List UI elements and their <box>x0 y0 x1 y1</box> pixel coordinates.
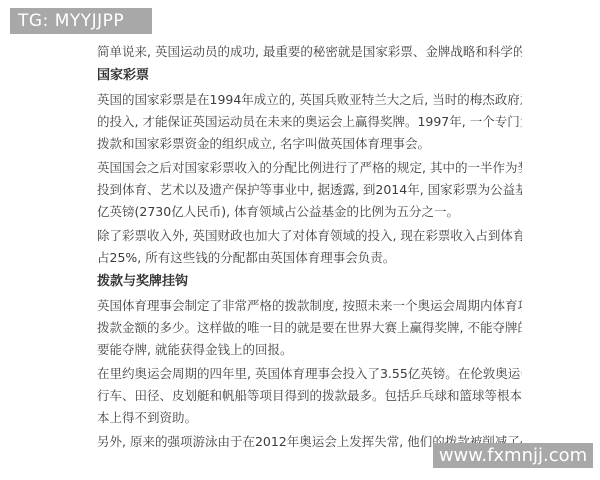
top-watermark: TG: MYYJJPP <box>10 8 152 34</box>
text-line: 拨款金额的多少。这样做的唯一目的就是要在世界大赛上赢得奖牌, 不能夺牌的项目就要… <box>97 317 522 339</box>
text-line: 本上得不到资助。 <box>97 407 522 429</box>
text-line: 拨款和国家彩票资金的组织成立, 名字叫做英国体育理事会。 <box>97 133 522 155</box>
text-line: 英国的国家彩票是在1994年成立的, 英国兵败亚特兰大之后, 当时的梅杰政府意识… <box>97 89 522 111</box>
text-line: 占25%, 所有这些钱的分配都由英国体育理事会负责。 <box>97 247 522 269</box>
text-line: 英国体育理事会制定了非常严格的拨款制度, 按照未来一个奥运会周期内体育项目夺牌的… <box>97 295 522 317</box>
article-body: 简单说来, 英国运动员的成功, 最重要的秘密就是国家彩票、金牌战略和科学的训练方… <box>97 41 522 455</box>
article-paragraph: 简单说来, 英国运动员的成功, 最重要的秘密就是国家彩票、金牌战略和科学的训练方… <box>97 41 522 63</box>
article-paragraph: 在里约奥运会周期的四年里, 英国体育理事会投入了3.55亿英镑。在伦敦奥运会上表… <box>97 363 522 429</box>
text-line: 行车、田径、皮划艇和帆船等项目得到的拨款最多。包括乒乓球和篮球等根本没有希望夺牌… <box>97 385 522 407</box>
bottom-watermark: www.fxmnjj.com <box>433 443 593 468</box>
section-heading-funding-medals: 拨款与奖牌挂钩 <box>97 271 522 293</box>
article-paragraph: 英国的国家彩票是在1994年成立的, 英国兵败亚特兰大之后, 当时的梅杰政府意识… <box>97 89 522 155</box>
text-line: 在里约奥运会周期的四年里, 英国体育理事会投入了3.55亿英镑。在伦敦奥运会上表… <box>97 363 522 385</box>
text-line: 的投入, 才能保证英国运动员在未来的奥运会上赢得奖牌。1997年, 一个专门负责… <box>97 111 522 133</box>
article-paragraph: 英国体育理事会制定了非常严格的拨款制度, 按照未来一个奥运会周期内体育项目夺牌的… <box>97 295 522 361</box>
text-line: 要能夺牌, 就能获得金钱上的回报。 <box>97 339 522 361</box>
text-line: 简单说来, 英国运动员的成功, 最重要的秘密就是国家彩票、金牌战略和科学的训练方… <box>97 41 522 63</box>
heading-text: 国家彩票 <box>97 65 522 87</box>
section-heading-national-lottery: 国家彩票 <box>97 65 522 87</box>
text-line: 除了彩票收入外, 英国财政也加大了对体育领域的投入, 现在彩票收入占到体育总拨款… <box>97 225 522 247</box>
text-line: 投到体育、艺术以及遗产保护等事业中, 据透露, 到2014年, 国家彩票为公益基… <box>97 179 522 201</box>
text-line: 亿英镑(2730亿人民币), 体育领域占公益基金的比例为五分之一。 <box>97 201 522 223</box>
article-paragraph: 英国国会之后对国家彩票收入的分配比例进行了严格的规定, 其中的一半作为奖金, 2… <box>97 157 522 223</box>
article-paragraph: 除了彩票收入外, 英国财政也加大了对体育领域的投入, 现在彩票收入占到体育总拨款… <box>97 225 522 269</box>
text-line: 英国国会之后对国家彩票收入的分配比例进行了严格的规定, 其中的一半作为奖金, 2… <box>97 157 522 179</box>
heading-text: 拨款与奖牌挂钩 <box>97 271 522 293</box>
